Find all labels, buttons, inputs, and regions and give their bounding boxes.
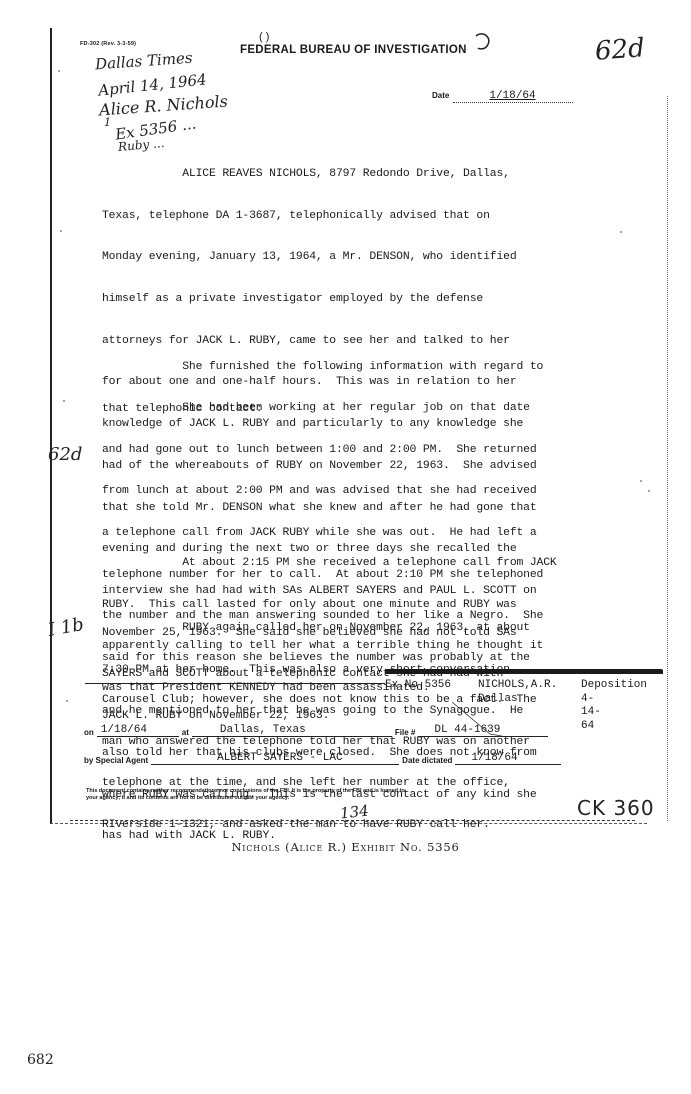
- agent-field: ALBERT SAYERS - LAC: [151, 752, 399, 765]
- scan-speck: [620, 231, 622, 233]
- text-line: She had been working at her regular job …: [102, 402, 642, 416]
- exhibit-caption: Nichols (Alice R.) Exhibit No. 5356: [0, 840, 691, 854]
- scan-speck: [60, 230, 62, 232]
- exhibit-type: Deposition: [581, 679, 647, 693]
- agency-title: FEDERAL BUREAU OF INVESTIGATION: [240, 44, 467, 56]
- text-line: Monday evening, January 13, 1964, a Mr. …: [102, 251, 642, 265]
- text-line: RUBY again called her on November 22, 19…: [102, 622, 642, 636]
- date-label: Date: [432, 91, 449, 100]
- exhibit-name: NICHOLS,A.R.: [478, 679, 557, 693]
- disclaimer: This document contains neither recommend…: [86, 788, 626, 802]
- dictated-label: Date dictated: [402, 756, 452, 765]
- text-line: ALICE REAVES NICHOLS, 8797 Redondo Drive…: [102, 168, 642, 182]
- at-location-field: Dallas, Texas: [192, 724, 392, 737]
- handwritten-note-line-4: 1: [104, 116, 111, 129]
- dictated-date-field: 1/18/64: [455, 752, 561, 765]
- scan-speck: [63, 400, 65, 402]
- form-number: FD-302 (Rev. 3-3-59): [80, 41, 136, 47]
- scan-speck: [648, 490, 650, 492]
- date-field: Date 1/18/64: [432, 90, 573, 103]
- footer-row-agent: by Special Agent ALBERT SAYERS - LAC Dat…: [84, 752, 629, 765]
- page-number: 682: [27, 1052, 54, 1068]
- scan-speck: [640, 480, 642, 482]
- bottom-rule: [70, 820, 635, 821]
- circle-mark-icon: [473, 32, 493, 54]
- text-line: and had gone out to lunch between 1:00 a…: [102, 444, 642, 458]
- paren-mark: ( ): [259, 31, 269, 43]
- margin-note-62d: 62d: [48, 444, 82, 465]
- handwritten-top-right: 62d: [594, 33, 646, 66]
- document-border-right: [667, 96, 668, 821]
- text-line: Texas, telephone DA 1-3687, telephonical…: [102, 210, 642, 224]
- exhibit-stamp-bar: [385, 669, 663, 674]
- footer-row-on: on 1/18/64 at Dallas, Texas File # DL 44…: [84, 724, 629, 737]
- text-line: from lunch at about 2:00 PM and was advi…: [102, 485, 642, 499]
- separator-rule: [85, 683, 385, 684]
- scan-speck: [58, 70, 60, 72]
- text-line: and he mentioned to her that he was goin…: [102, 705, 642, 719]
- scan-speck: [66, 700, 68, 702]
- on-date-field: 1/18/64: [97, 724, 179, 737]
- on-label: on: [84, 728, 94, 737]
- agent-label: by Special Agent: [84, 756, 148, 765]
- disclaimer-line: your agency; it and its contents are not…: [86, 795, 626, 802]
- disclaimer-line: This document contains neither recommend…: [86, 788, 626, 795]
- file-number-field: DL 44-1639: [418, 724, 548, 737]
- file-label: File #: [395, 728, 415, 737]
- at-label: at: [182, 728, 189, 737]
- text-line: She furnished the following information …: [102, 361, 642, 375]
- handwritten-ck-mark: CK 360: [577, 796, 655, 820]
- date-value: 1/18/64: [453, 90, 573, 103]
- text-line: himself as a private investigator employ…: [102, 293, 642, 307]
- text-line: At about 2:15 PM she received a telephon…: [102, 557, 642, 571]
- exhibit-number: Ex.No.5356: [385, 679, 451, 693]
